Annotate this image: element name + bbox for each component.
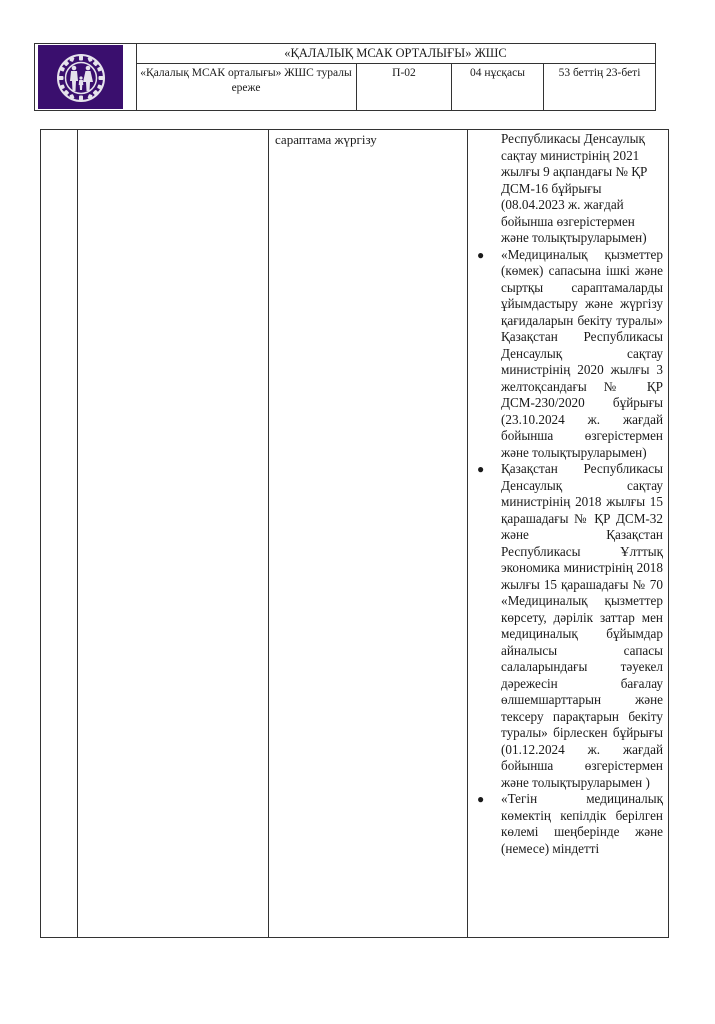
- family-wreath-logo-icon: [56, 53, 106, 103]
- table-cell-col2: [78, 130, 269, 937]
- regulation-item: ● Қазақстан Республикасы Денсаулық сақта…: [475, 461, 663, 791]
- logo-cell: [35, 44, 137, 110]
- table-cell-activity: сараптама жүргізу: [269, 130, 468, 937]
- table-cell-col1: [41, 130, 78, 937]
- content-table: сараптама жүргізу Республикасы Денсаулық…: [40, 129, 669, 938]
- document-code: П-02: [357, 63, 452, 110]
- bullet-dot-icon: ●: [477, 791, 484, 808]
- regulation-item: ● «Тегін медициналық көмектің кепілдік б…: [475, 791, 663, 857]
- activity-text: сараптама жүргізу: [269, 130, 467, 148]
- document-version: 04 нұсқасы: [452, 63, 544, 110]
- table-cell-regulations: Республикасы Денсаулық сақтау министріні…: [468, 130, 668, 937]
- document-name: «Қалалық МСАК орталығы» ЖШС туралы ереже: [136, 63, 357, 110]
- regulation-item: ● «Медициналық қызметтер (көмек) сапасын…: [475, 247, 663, 462]
- regulation-continuation: Республикасы Денсаулық сақтау министріні…: [475, 131, 663, 247]
- bullet-dot-icon: ●: [477, 461, 484, 478]
- regulations-list: Республикасы Денсаулық сақтау министріні…: [475, 131, 663, 857]
- page-info: 53 беттің 23-беті: [544, 63, 655, 110]
- document-header: «ҚАЛАЛЫҚ МСАК ОРТАЛЫҒЫ» ЖШС «Қалалық МСА…: [34, 43, 656, 111]
- organization-logo: [38, 45, 123, 109]
- organization-title: «ҚАЛАЛЫҚ МСАК ОРТАЛЫҒЫ» ЖШС: [136, 44, 655, 64]
- bullet-dot-icon: ●: [477, 247, 484, 264]
